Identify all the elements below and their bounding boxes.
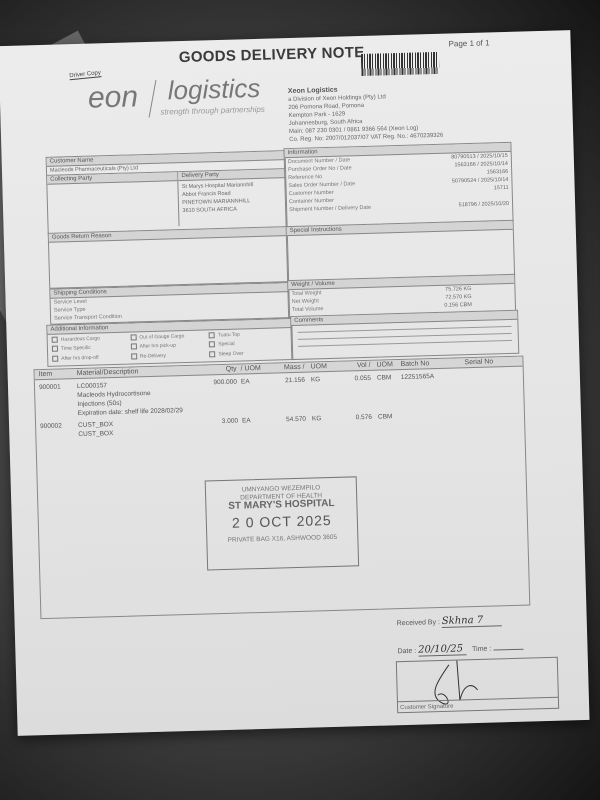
date-label: Date :: [397, 648, 416, 656]
delivery-line: 3610 SOUTH AFRICA: [182, 204, 283, 215]
information-section: Information Document Number / Date807905…: [283, 142, 513, 228]
option-checkbox[interactable]: Re-Delivery: [131, 351, 210, 360]
info-value: 518796 / 2025/10/20: [459, 200, 510, 209]
document-title: GOODS DELIVERY NOTE: [179, 44, 365, 66]
comment-line[interactable]: [298, 326, 512, 333]
comments-section: Comments: [290, 310, 519, 360]
additional-info-section: Additional Information Hazardous Cargo O…: [46, 318, 293, 367]
stamp-date: 2 0 OCT 2025: [207, 515, 357, 527]
signature-box[interactable]: Customer Signature: [396, 657, 559, 714]
option-checkbox[interactable]: Special: [209, 339, 288, 348]
option-checkbox[interactable]: After hrs drop-off: [52, 353, 131, 362]
option-checkbox[interactable]: Sleep Over: [209, 349, 288, 358]
received-by: Received By : Skhna 7: [397, 614, 502, 629]
company-address: Xeon Logistics a Division of Xeon Holdin…: [288, 82, 509, 144]
info-label: Shipment Number / Delivery Date: [289, 204, 371, 214]
wv-label: Total Volume: [292, 305, 324, 314]
goods-return-section: Goods Return Reason: [48, 226, 289, 289]
delivery-note-page: GOODS DELIVERY NOTE Page 1 of 1 Driver C…: [0, 30, 590, 736]
page-number: Page 1 of 1: [448, 38, 489, 48]
option-checkbox[interactable]: Tuatu Top: [209, 330, 288, 339]
time-label: Time :: [472, 646, 491, 654]
logo-tagline: strength through partnerships: [160, 105, 265, 117]
received-by-label: Received By :: [397, 619, 440, 627]
stamp-hospital: ST MARY'S HOSPITAL: [206, 499, 356, 511]
logo-divider: [149, 80, 157, 118]
option-checkbox[interactable]: Hazardous Cargo: [52, 335, 131, 344]
comment-line[interactable]: [298, 340, 512, 347]
barcode: [361, 52, 440, 76]
receipt-date: Date : 20/10/25 Time :: [397, 642, 523, 658]
comment-line[interactable]: [298, 333, 512, 340]
option-checkbox[interactable]: Time Specific: [52, 344, 131, 353]
customer-section: Customer Name Macleods Pharmaceuticals (…: [46, 150, 288, 235]
option-checkbox[interactable]: Out of Gauge Cargo: [130, 332, 209, 341]
logo-logistics: logistics: [167, 73, 260, 107]
wv-value: 0.156 CBM: [444, 301, 472, 310]
info-value: 15711: [494, 184, 509, 192]
special-instructions-section: Special Instructions: [286, 220, 515, 282]
date-field[interactable]: 20/10/25: [418, 643, 466, 656]
logo-eon: eon: [88, 80, 139, 115]
time-field[interactable]: [493, 649, 523, 651]
copy-label: Driver Copy: [69, 70, 101, 80]
stamp-address: PRIVATE BAG X16, ASHWOOD 3605: [207, 533, 357, 545]
hospital-stamp: UMNYANGO WEZEMPILO DEPARTMENT OF HEALTH …: [205, 476, 359, 570]
option-checkbox[interactable]: After hrs pick-up: [131, 342, 210, 351]
received-by-field[interactable]: Skhna 7: [442, 614, 502, 628]
